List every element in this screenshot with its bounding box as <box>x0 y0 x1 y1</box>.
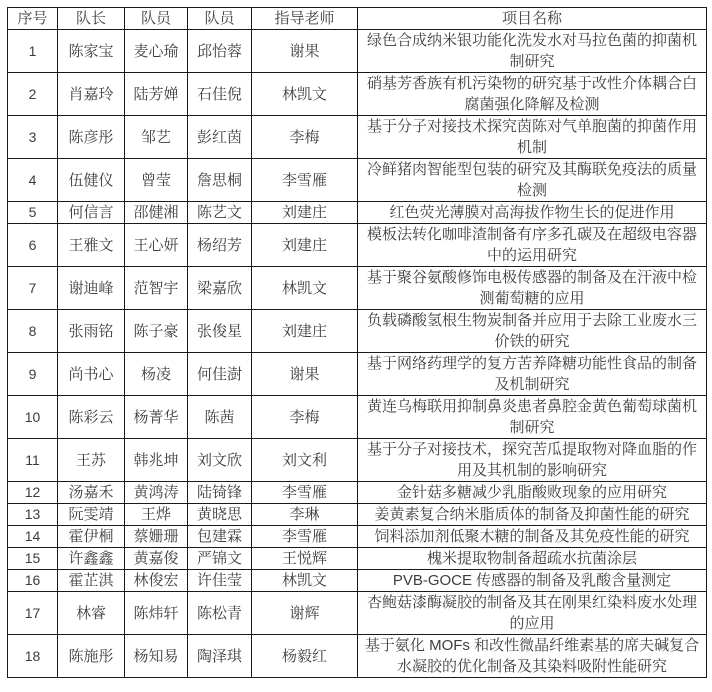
member2-cell: 陈松青 <box>188 592 252 635</box>
serial-cell: 10 <box>8 396 58 439</box>
advisor-cell: 杨毅红 <box>252 635 358 678</box>
advisor-cell: 李雪雁 <box>252 482 358 504</box>
captain-cell: 伍健仪 <box>58 159 125 202</box>
member1-cell: 蔡姗珊 <box>125 526 188 548</box>
advisor-cell: 李琳 <box>252 504 358 526</box>
project-cell: 基于分子对接技术，探究苦瓜提取物对降血脂的作用及其机制的影响研究 <box>358 439 707 482</box>
project-cell: 金针菇多糖减少乳脂酸败现象的应用研究 <box>358 482 707 504</box>
advisor-cell: 李雪雁 <box>252 159 358 202</box>
captain-cell: 霍伊桐 <box>58 526 125 548</box>
captain-cell: 阮雯靖 <box>58 504 125 526</box>
serial-cell: 17 <box>8 592 58 635</box>
serial-cell: 7 <box>8 267 58 310</box>
advisor-cell: 刘建庄 <box>252 224 358 267</box>
advisor-cell: 李雪雁 <box>252 526 358 548</box>
table-row: 8张雨铭陈子豪张俊星刘建庄负载磷酸氢根生物炭制备并应用于去除工业废水三价铁的研究 <box>8 310 707 353</box>
header-serial: 序号 <box>8 8 58 30</box>
serial-cell: 13 <box>8 504 58 526</box>
serial-cell: 18 <box>8 635 58 678</box>
captain-cell: 张雨铭 <box>58 310 125 353</box>
captain-cell: 谢迪峰 <box>58 267 125 310</box>
serial-cell: 16 <box>8 570 58 592</box>
member2-cell: 詹思桐 <box>188 159 252 202</box>
captain-cell: 王苏 <box>58 439 125 482</box>
project-cell: 基于分子对接技术探究茵陈对气单胞菌的抑菌作用机制 <box>358 116 707 159</box>
table-row: 15许鑫鑫黄嘉俊严锦文王悦辉槐米提取物制备超疏水抗菌涂层 <box>8 548 707 570</box>
advisor-cell: 谢辉 <box>252 592 358 635</box>
project-cell: 模板法转化咖啡渣制备有序多孔碳及在超级电容器中的运用研究 <box>358 224 707 267</box>
captain-cell: 霍芷淇 <box>58 570 125 592</box>
table-row: 6王雅文王心妍杨绍芳刘建庄模板法转化咖啡渣制备有序多孔碳及在超级电容器中的运用研… <box>8 224 707 267</box>
project-cell: 负载磷酸氢根生物炭制备并应用于去除工业废水三价铁的研究 <box>358 310 707 353</box>
project-cell: 姜黄素复合纳米脂质体的制备及抑菌性能的研究 <box>358 504 707 526</box>
document-page: 序号 队长 队员 队员 指导老师 项目名称 1陈家宝麦心瑜邱怡蓉谢果绿色合成纳米… <box>0 0 712 692</box>
project-cell: 硝基芳香族有机污染物的研究基于改性介体耦合白腐菌强化降解及检测 <box>358 73 707 116</box>
member1-cell: 陆芳婵 <box>125 73 188 116</box>
member1-cell: 邵健湘 <box>125 202 188 224</box>
serial-cell: 3 <box>8 116 58 159</box>
serial-cell: 1 <box>8 30 58 73</box>
serial-cell: 14 <box>8 526 58 548</box>
table-row: 1陈家宝麦心瑜邱怡蓉谢果绿色合成纳米银功能化洗发水对马拉色菌的抑菌机制研究 <box>8 30 707 73</box>
project-cell: 基于氨化 MOFs 和改性微晶纤维素基的席夫碱复合水凝胶的优化制备及其染料吸附性… <box>358 635 707 678</box>
serial-cell: 4 <box>8 159 58 202</box>
serial-cell: 6 <box>8 224 58 267</box>
member1-cell: 杨知易 <box>125 635 188 678</box>
advisor-cell: 谢果 <box>252 353 358 396</box>
member1-cell: 杨菁华 <box>125 396 188 439</box>
table-row: 16霍芷淇林俊宏许佳莹林凯文PVB-GOCE 传感器的制备及乳酸含量测定 <box>8 570 707 592</box>
advisor-cell: 李梅 <box>252 396 358 439</box>
member2-cell: 黄晓思 <box>188 504 252 526</box>
member2-cell: 邱怡蓉 <box>188 30 252 73</box>
table-row: 12汤嘉禾黄鸿涛陆锜锋李雪雁金针菇多糖减少乳脂酸败现象的应用研究 <box>8 482 707 504</box>
member2-cell: 许佳莹 <box>188 570 252 592</box>
advisor-cell: 李梅 <box>252 116 358 159</box>
captain-cell: 汤嘉禾 <box>58 482 125 504</box>
table-row: 2肖嘉玲陆芳婵石佳倪林凯文硝基芳香族有机污染物的研究基于改性介体耦合白腐菌强化降… <box>8 73 707 116</box>
serial-cell: 5 <box>8 202 58 224</box>
table-row: 18陈施彤杨知易陶泽琪杨毅红基于氨化 MOFs 和改性微晶纤维素基的席夫碱复合水… <box>8 635 707 678</box>
member2-cell: 何佳澍 <box>188 353 252 396</box>
project-table: 序号 队长 队员 队员 指导老师 项目名称 1陈家宝麦心瑜邱怡蓉谢果绿色合成纳米… <box>7 7 707 678</box>
header-member-2: 队员 <box>188 8 252 30</box>
member2-cell: 陶泽琪 <box>188 635 252 678</box>
project-cell: PVB-GOCE 传感器的制备及乳酸含量测定 <box>358 570 707 592</box>
project-cell: 杏鲍菇漆酶凝胶的制备及其在刚果红染料废水处理的应用 <box>358 592 707 635</box>
member1-cell: 范智宇 <box>125 267 188 310</box>
advisor-cell: 林凯文 <box>252 73 358 116</box>
advisor-cell: 刘文利 <box>252 439 358 482</box>
member1-cell: 麦心瑜 <box>125 30 188 73</box>
member1-cell: 曾莹 <box>125 159 188 202</box>
serial-cell: 9 <box>8 353 58 396</box>
table-row: 5何信言邵健湘陈艺文刘建庄红色荧光薄膜对高海拔作物生长的促进作用 <box>8 202 707 224</box>
captain-cell: 王雅文 <box>58 224 125 267</box>
table-row: 14霍伊桐蔡姗珊包建霖李雪雁饲料添加剂低聚木糖的制备及其免疫性能的研究 <box>8 526 707 548</box>
serial-cell: 8 <box>8 310 58 353</box>
member2-cell: 梁嘉欣 <box>188 267 252 310</box>
header-row: 序号 队长 队员 队员 指导老师 项目名称 <box>8 8 707 30</box>
member2-cell: 彭红茵 <box>188 116 252 159</box>
table-row: 4伍健仪曾莹詹思桐李雪雁冷鲜猪肉智能型包装的研究及其酶联免疫法的质量检测 <box>8 159 707 202</box>
member2-cell: 杨绍芳 <box>188 224 252 267</box>
table-row: 13阮雯靖王烨黄晓思李琳姜黄素复合纳米脂质体的制备及抑菌性能的研究 <box>8 504 707 526</box>
captain-cell: 陈彩云 <box>58 396 125 439</box>
member1-cell: 陈子豪 <box>125 310 188 353</box>
serial-cell: 2 <box>8 73 58 116</box>
project-cell: 槐米提取物制备超疏水抗菌涂层 <box>358 548 707 570</box>
project-cell: 冷鲜猪肉智能型包装的研究及其酶联免疫法的质量检测 <box>358 159 707 202</box>
captain-cell: 陈彦彤 <box>58 116 125 159</box>
header-member-1: 队员 <box>125 8 188 30</box>
member1-cell: 邹艺 <box>125 116 188 159</box>
member2-cell: 刘文欣 <box>188 439 252 482</box>
header-advisor: 指导老师 <box>252 8 358 30</box>
advisor-cell: 林凯文 <box>252 267 358 310</box>
serial-cell: 12 <box>8 482 58 504</box>
advisor-cell: 刘建庄 <box>252 202 358 224</box>
member1-cell: 黄嘉俊 <box>125 548 188 570</box>
header-project-name: 项目名称 <box>358 8 707 30</box>
advisor-cell: 林凯文 <box>252 570 358 592</box>
member2-cell: 严锦文 <box>188 548 252 570</box>
advisor-cell: 刘建庄 <box>252 310 358 353</box>
serial-cell: 11 <box>8 439 58 482</box>
header-captain: 队长 <box>58 8 125 30</box>
captain-cell: 陈施彤 <box>58 635 125 678</box>
captain-cell: 何信言 <box>58 202 125 224</box>
project-cell: 饲料添加剂低聚木糖的制备及其免疫性能的研究 <box>358 526 707 548</box>
member2-cell: 陈茜 <box>188 396 252 439</box>
advisor-cell: 谢果 <box>252 30 358 73</box>
captain-cell: 尚书心 <box>58 353 125 396</box>
member2-cell: 石佳倪 <box>188 73 252 116</box>
table-row: 11王苏韩兆坤刘文欣刘文利基于分子对接技术，探究苦瓜提取物对降血脂的作用及其机制… <box>8 439 707 482</box>
project-cell: 基于网络药理学的复方苦养降糖功能性食品的制备及机制研究 <box>358 353 707 396</box>
member2-cell: 陈艺文 <box>188 202 252 224</box>
project-cell: 基于聚谷氨酸修饰电极传感器的制备及在汗液中检测葡萄糖的应用 <box>358 267 707 310</box>
member1-cell: 杨凌 <box>125 353 188 396</box>
member2-cell: 张俊星 <box>188 310 252 353</box>
advisor-cell: 王悦辉 <box>252 548 358 570</box>
table-row: 17林睿陈炜轩陈松青谢辉杏鲍菇漆酶凝胶的制备及其在刚果红染料废水处理的应用 <box>8 592 707 635</box>
table-row: 9尚书心杨凌何佳澍谢果基于网络药理学的复方苦养降糖功能性食品的制备及机制研究 <box>8 353 707 396</box>
member1-cell: 王烨 <box>125 504 188 526</box>
captain-cell: 许鑫鑫 <box>58 548 125 570</box>
project-cell: 红色荧光薄膜对高海拔作物生长的促进作用 <box>358 202 707 224</box>
table-body: 1陈家宝麦心瑜邱怡蓉谢果绿色合成纳米银功能化洗发水对马拉色菌的抑菌机制研究2肖嘉… <box>8 30 707 678</box>
table-row: 10陈彩云杨菁华陈茜李梅黄连乌梅联用抑制鼻炎患者鼻腔金黄色葡萄球菌机制研究 <box>8 396 707 439</box>
member2-cell: 包建霖 <box>188 526 252 548</box>
project-cell: 绿色合成纳米银功能化洗发水对马拉色菌的抑菌机制研究 <box>358 30 707 73</box>
captain-cell: 肖嘉玲 <box>58 73 125 116</box>
member2-cell: 陆锜锋 <box>188 482 252 504</box>
serial-cell: 15 <box>8 548 58 570</box>
member1-cell: 林俊宏 <box>125 570 188 592</box>
member1-cell: 黄鸿涛 <box>125 482 188 504</box>
member1-cell: 韩兆坤 <box>125 439 188 482</box>
captain-cell: 林睿 <box>58 592 125 635</box>
member1-cell: 陈炜轩 <box>125 592 188 635</box>
table-row: 7谢迪峰范智宇梁嘉欣林凯文基于聚谷氨酸修饰电极传感器的制备及在汗液中检测葡萄糖的… <box>8 267 707 310</box>
table-row: 3陈彦彤邹艺彭红茵李梅基于分子对接技术探究茵陈对气单胞菌的抑菌作用机制 <box>8 116 707 159</box>
captain-cell: 陈家宝 <box>58 30 125 73</box>
project-cell: 黄连乌梅联用抑制鼻炎患者鼻腔金黄色葡萄球菌机制研究 <box>358 396 707 439</box>
member1-cell: 王心妍 <box>125 224 188 267</box>
